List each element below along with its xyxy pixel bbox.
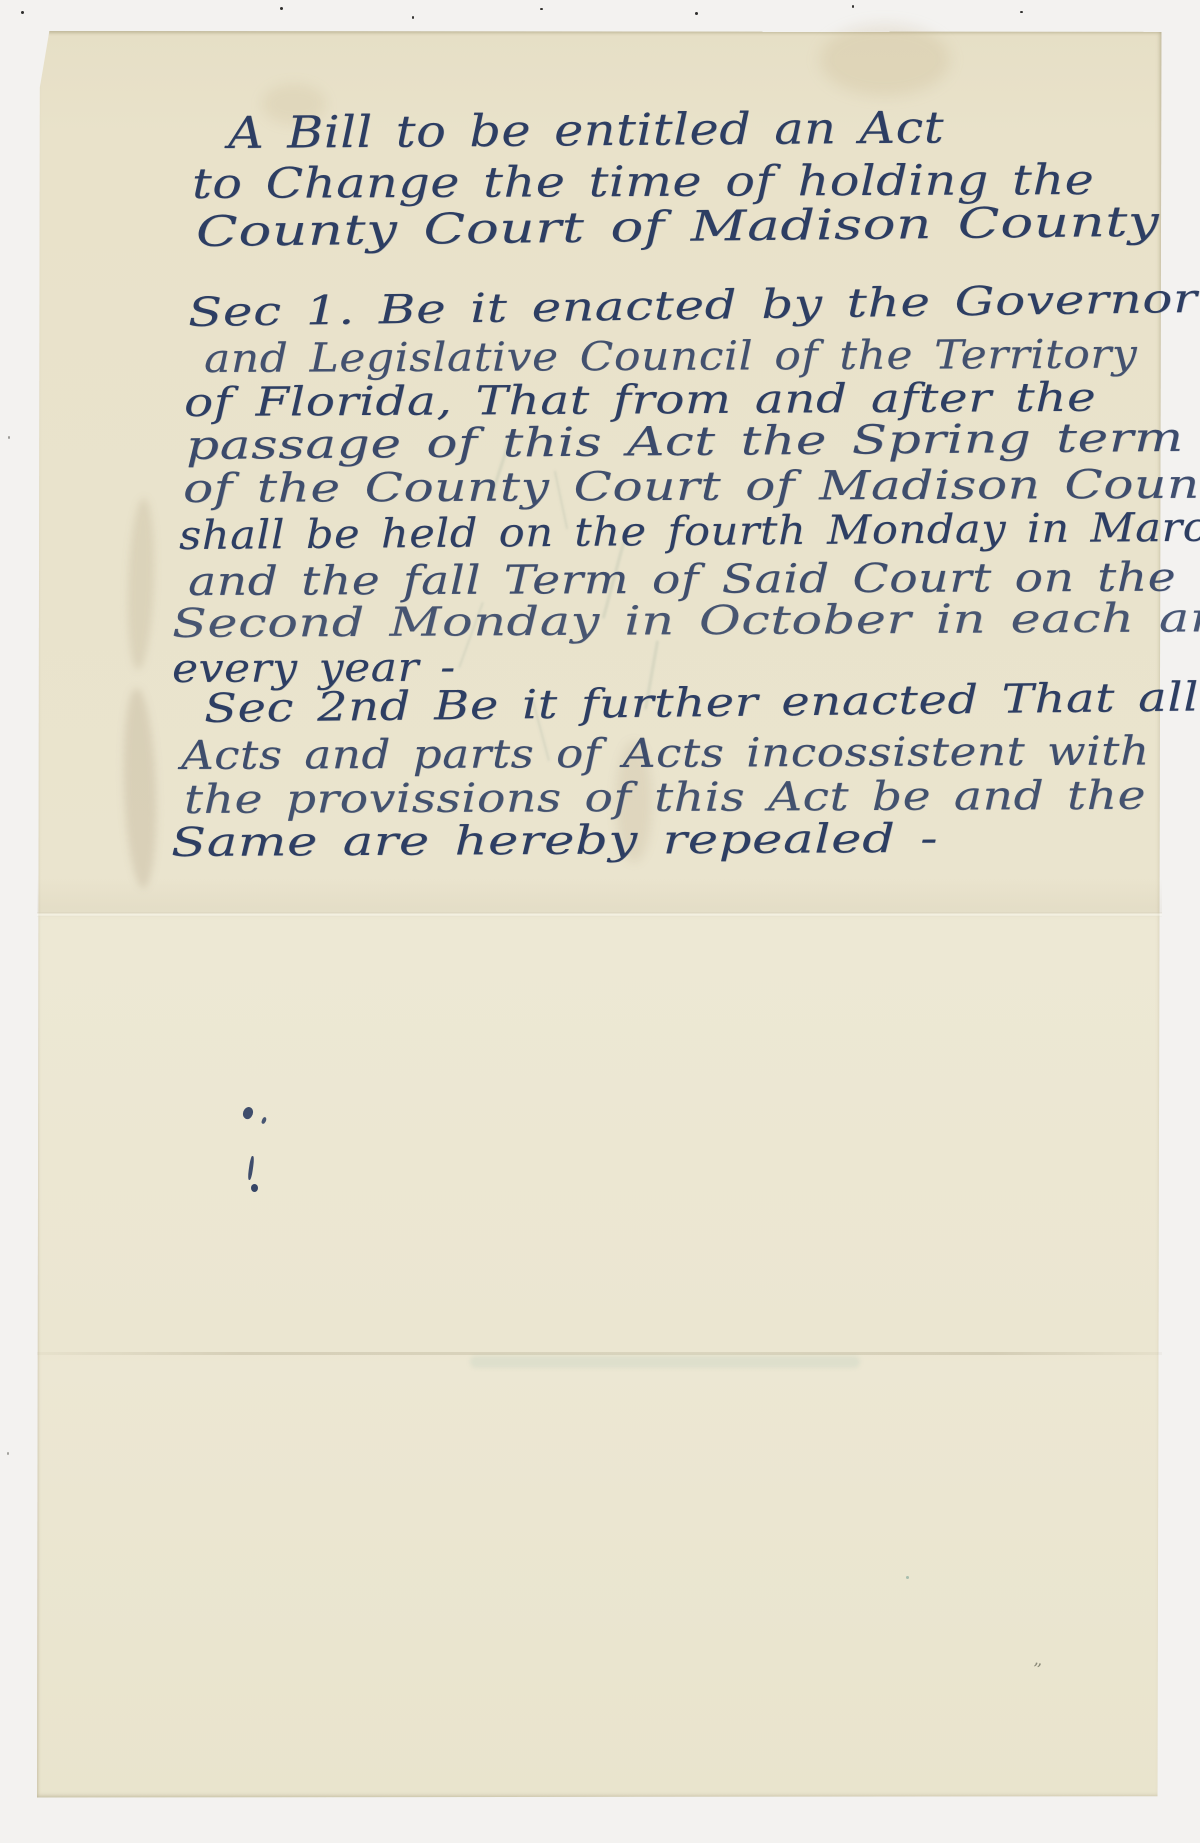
handwriting-line: passage of this Act the Spring term [186,418,1184,466]
handwriting-line: and Legislative Council of the Territory [204,335,1138,379]
dust-speck [852,5,854,8]
handwriting-line: A Bill to be entitled an Act [228,106,945,156]
handwriting-line: the provissions of this Act be and the [184,776,1146,820]
dust-speck [8,436,10,439]
dust-speck [540,8,543,10]
dust-speck [280,7,283,10]
dust-speck [695,12,698,15]
scanned-document-page: A Bill to be entitled an Act to Change t… [0,0,1200,1843]
handwriting-line: County Court of Madison County [196,201,1160,253]
handwriting-line: of the County Court of Madison County [183,465,1200,509]
dust-speck [1020,11,1023,13]
handwriting-line: Acts and parts of Acts incossistent with [181,732,1150,776]
dust-speck [7,1452,9,1455]
handwriting-line: Sec 2nd Be it further enacted That all [204,677,1200,729]
handwriting-line: shall be held on the fourth Monday in Ma… [179,507,1200,556]
dust-speck [412,16,414,19]
dust-speck [21,11,24,14]
handwriting-line: Same are hereby repealed - [171,819,938,863]
handwriting-line: Second Monday in October in each and [172,598,1200,644]
